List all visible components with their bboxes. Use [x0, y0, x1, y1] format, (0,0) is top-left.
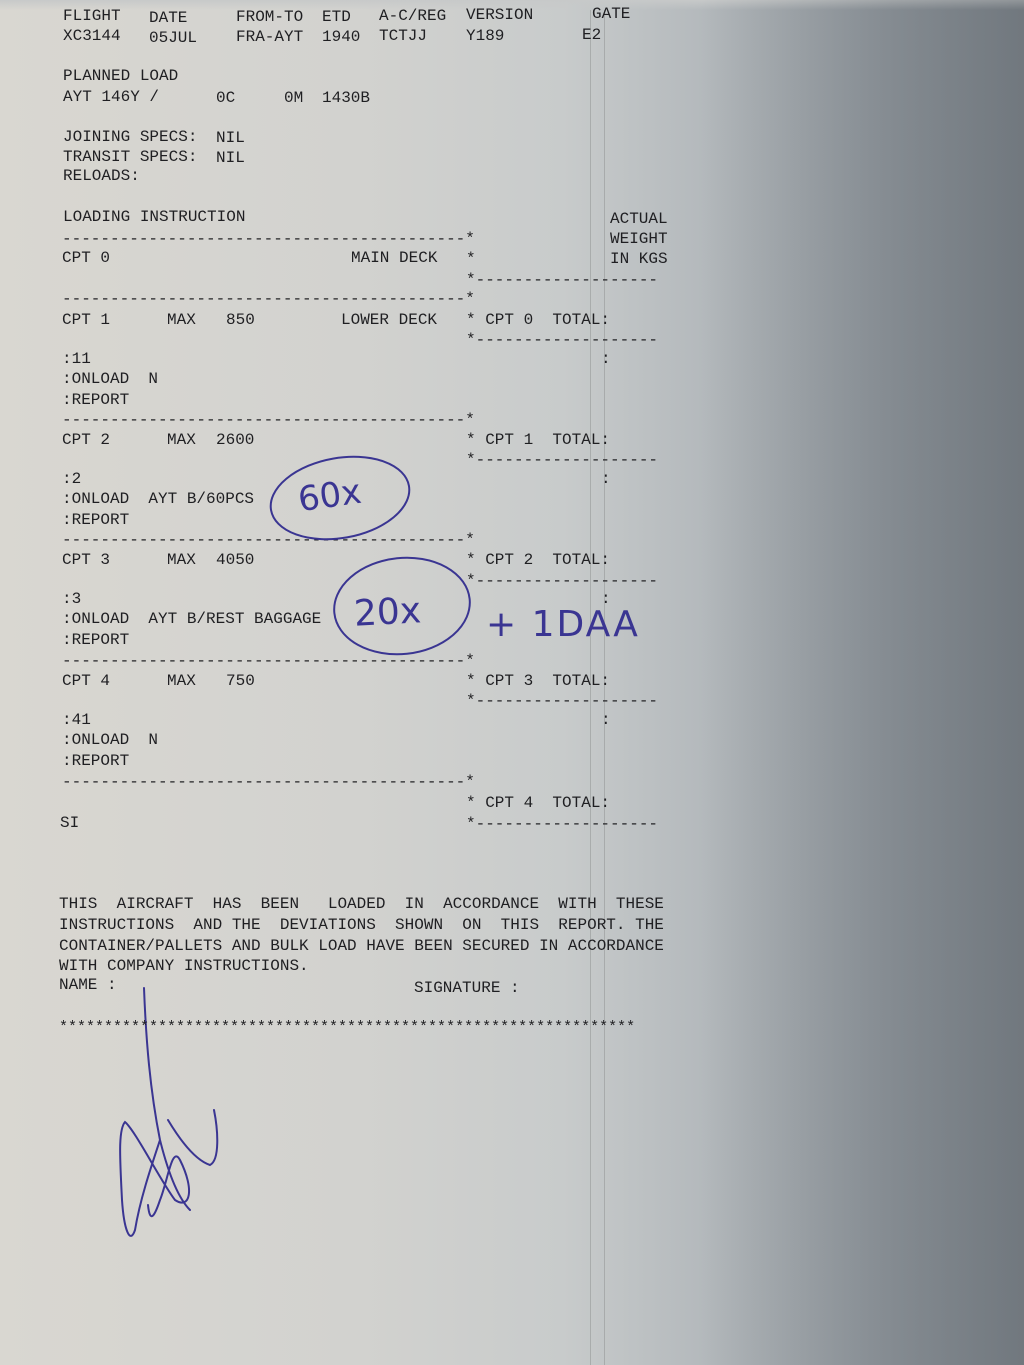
handwritten-annotations: [0, 0, 1024, 1365]
declaration-line: CONTAINER/PALLETS AND BULK LOAD HAVE BEE…: [59, 936, 664, 956]
handwritten-1daa: + 1DAA: [486, 604, 640, 645]
declaration-line: THIS AIRCRAFT HAS BEEN LOADED IN ACCORDA…: [59, 894, 664, 914]
signature-label: SIGNATURE :: [414, 978, 520, 998]
name-label: NAME :: [59, 975, 117, 995]
handwritten-20x: 20x: [353, 590, 422, 634]
star-separator: ****************************************…: [59, 1018, 635, 1038]
declaration-line: INSTRUCTIONS AND THE DEVIATIONS SHOWN ON…: [59, 915, 664, 935]
declaration-line: WITH COMPANY INSTRUCTIONS.: [59, 956, 309, 976]
